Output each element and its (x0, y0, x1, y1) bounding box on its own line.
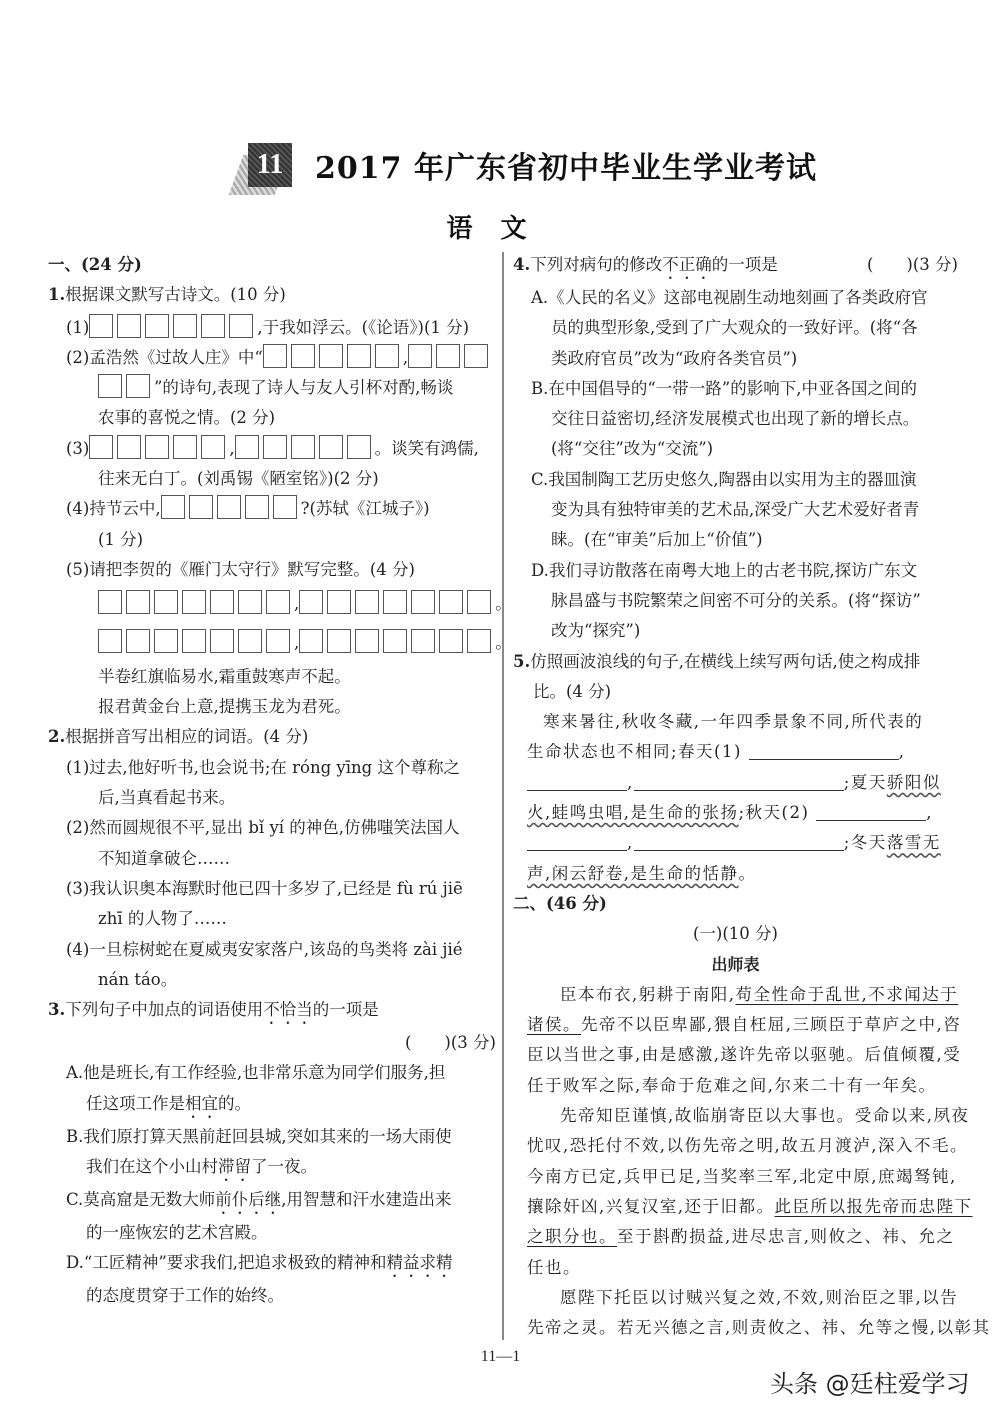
q2-item: (2)然而圆规很不平,显出 bǐ yí 的神色,仿佛嗤笑法国人 不知道拿破仑…… (48, 813, 496, 874)
answer-box[interactable] (291, 435, 315, 459)
q3-option-d: D.“工匠精神”要求我们,把追求极致的精神和精益求精 (48, 1248, 496, 1281)
answer-box[interactable] (355, 590, 379, 614)
answer-box[interactable] (145, 314, 169, 338)
answer-boxes[interactable] (98, 373, 154, 403)
left-column: 一、(24 分) 1.根据课文默写古诗文。(10 分) (1),于我如浮云。(《… (48, 250, 496, 1312)
q3-option-b: B.我们原打算天黑前赶回县城,突如其来的一场大雨使 (48, 1122, 496, 1152)
question-1-prompt: 1.根据课文默写古诗文。(10 分) (48, 280, 496, 310)
answer-box[interactable] (189, 495, 213, 519)
answer-box[interactable] (217, 495, 241, 519)
answer-boxes[interactable] (98, 589, 294, 619)
answer-boxes[interactable] (299, 589, 495, 619)
q4-option-d: D.我们寻访散落在南粤大地上的古老书院,探访广东文 脉昌盛与书院繁荣之间密不可分… (513, 556, 958, 647)
right-column: 4.下列对病句的修改不正确的一项是( )(3 分) A.《人民的名义》这部电视剧… (513, 250, 958, 1343)
answer-boxes[interactable] (235, 434, 375, 464)
answer-box[interactable] (235, 435, 259, 459)
answer-box[interactable] (145, 435, 169, 459)
question-4-prompt: 4.下列对病句的修改不正确的一项是( )(3 分) (513, 250, 958, 283)
answer-box[interactable] (439, 629, 463, 653)
answer-box[interactable] (263, 344, 287, 368)
answer-box[interactable] (383, 590, 407, 614)
answer-box[interactable] (408, 344, 432, 368)
passage-title: 出师表 (513, 950, 958, 980)
q1-sub2-cont2: 农事的喜悦之情。(2 分) (48, 403, 496, 433)
answer-box[interactable] (201, 314, 225, 338)
q4-option-b: B.在中国倡导的“一带一路”的影响下,中亚各国之间的 交往日益密切,经济发展模式… (513, 374, 958, 465)
q2-items: (1)过去,他好听书,也会说书;在 róng yīng 这个尊称之 后,当真看起… (48, 753, 496, 995)
answer-box[interactable] (201, 435, 225, 459)
answer-box[interactable] (173, 314, 197, 338)
answer-boxes[interactable] (89, 313, 257, 343)
poem-line: 半卷红旗临易水,霜重鼓寒声不起。 (48, 662, 496, 692)
answer-slot[interactable]: ( )(3 分) (867, 250, 958, 280)
answer-box[interactable] (126, 374, 150, 398)
answer-box[interactable] (464, 344, 488, 368)
section-heading: 一、(24 分) (48, 250, 496, 280)
answer-slot[interactable]: ( )(3 分) (48, 1028, 496, 1058)
answer-blank[interactable] (527, 832, 627, 851)
subject-title: 语文 (0, 208, 1001, 245)
answer-boxes[interactable] (89, 434, 229, 464)
answer-box[interactable] (161, 495, 185, 519)
answer-box[interactable] (238, 590, 262, 614)
answer-box[interactable] (117, 314, 141, 338)
poem-line: 报君黄金台上意,提携玉龙为君死。 (48, 692, 496, 722)
answer-box[interactable] (89, 435, 113, 459)
answer-box[interactable] (327, 629, 351, 653)
q1-sub5-row2: ,。 (48, 628, 496, 658)
answer-box[interactable] (411, 590, 435, 614)
answer-box[interactable] (273, 495, 297, 519)
section-heading: 二、(46 分) (513, 889, 958, 919)
q1-sub4-cont: (1 分) (48, 525, 496, 555)
q5-passage: 寒来暑往,秋收冬藏,一年四季景象不同,所代表的 生命状态也不相同;春天(1) ,… (513, 707, 958, 889)
answer-box[interactable] (173, 435, 197, 459)
answer-boxes[interactable] (299, 628, 495, 658)
answer-box[interactable] (375, 344, 399, 368)
q2-item: (4)一旦棕树蛇在夏威夷安家落户,该岛的鸟类将 zài jié nán táo。 (48, 935, 496, 996)
question-2-prompt: 2.根据拼音写出相应的词语。(4 分) (48, 722, 496, 752)
answer-blank[interactable] (527, 772, 627, 791)
question-5-prompt: 5.仿照画波浪线的句子,在横线上续写两句话,使之构成排 (513, 647, 958, 677)
q2-item: (3)我认识奥本海默时他已四十多岁了,已经是 fù rú jiē zhī 的人物… (48, 874, 496, 935)
answer-box[interactable] (291, 344, 315, 368)
column-divider (502, 252, 504, 1340)
q4-option-c: C.我国制陶工艺历史悠久,陶器由以实用为主的器皿演 变为具有独特审美的艺术品,深… (513, 465, 958, 556)
answer-box[interactable] (467, 629, 491, 653)
answer-box[interactable] (319, 344, 343, 368)
passage-body: 臣本布衣,躬耕于南阳,苟全性命于乱世,不求闻达于 诸侯。先帝不以臣卑鄙,猥自枉屈… (513, 980, 958, 1344)
answer-box[interactable] (266, 590, 290, 614)
q2-item: (1)过去,他好听书,也会说书;在 róng yīng 这个尊称之 后,当真看起… (48, 753, 496, 814)
answer-box[interactable] (229, 314, 253, 338)
q1-sub1: (1),于我如浮云。(《论语》)(1 分) (48, 313, 496, 343)
q4-option-a: A.《人民的名义》这部电视剧生动地刻画了各类政府官 员的典型形象,受到了广大观众… (513, 283, 958, 374)
q1-sub2-cont: ”的诗句,表现了诗人与友人引杯对酌,畅谈 (48, 373, 496, 403)
answer-box[interactable] (154, 590, 178, 614)
answer-box[interactable] (439, 590, 463, 614)
answer-box[interactable] (436, 344, 460, 368)
chapter-badge: 11 (248, 143, 292, 187)
answer-box[interactable] (182, 590, 206, 614)
exam-header: 11 2017 年广东省初中毕业生学业考试 (230, 135, 790, 195)
answer-box[interactable] (89, 314, 113, 338)
answer-blank[interactable] (634, 772, 844, 791)
q1-sub4: (4)持节云中,?(苏轼《江城子》) (48, 494, 496, 524)
answer-box[interactable] (299, 629, 323, 653)
answer-box[interactable] (98, 629, 122, 653)
answer-box[interactable] (355, 629, 379, 653)
q1-sub3-cont: 往来无白丁。(刘禹锡《陋室铭》)(2 分) (48, 464, 496, 494)
q3-option-a: A.他是班长,有工作经验,也非常乐意为同学们服务,担 (48, 1058, 496, 1088)
answer-blank[interactable] (634, 832, 844, 851)
answer-box[interactable] (126, 590, 150, 614)
answer-box[interactable] (245, 495, 269, 519)
part-heading: (一)(10 分) (513, 919, 958, 949)
answer-boxes[interactable] (98, 628, 294, 658)
answer-box[interactable] (210, 629, 234, 653)
answer-boxes[interactable] (408, 343, 492, 373)
answer-box[interactable] (182, 629, 206, 653)
answer-box[interactable] (238, 629, 262, 653)
answer-blank[interactable] (816, 802, 926, 821)
answer-box[interactable] (347, 435, 371, 459)
page-title: 2017 年广东省初中毕业生学业考试 (315, 143, 817, 187)
answer-box[interactable] (126, 629, 150, 653)
q1-sub3: (3),。谈笑有鸿儒, (48, 434, 496, 464)
answer-box[interactable] (411, 629, 435, 653)
q1-sub5-row1: ,。 (48, 589, 496, 619)
question-3-prompt: 3.下列句子中加点的词语使用不恰当的一项是 (48, 995, 496, 1028)
answer-box[interactable] (327, 590, 351, 614)
answer-box[interactable] (266, 629, 290, 653)
q1-sub2: (2)孟浩然《过故人庄》中“, (48, 343, 496, 373)
answer-box[interactable] (347, 344, 371, 368)
q1-sub5: (5)请把李贺的《雁门太守行》默写完整。(4 分) (48, 555, 496, 585)
answer-box[interactable] (299, 590, 323, 614)
answer-box[interactable] (383, 629, 407, 653)
answer-box[interactable] (263, 435, 287, 459)
answer-box[interactable] (319, 435, 343, 459)
answer-box[interactable] (117, 435, 141, 459)
answer-blank[interactable] (749, 741, 899, 760)
answer-box[interactable] (467, 590, 491, 614)
q3-option-c: C.莫高窟是无数大师前仆后继,用智慧和汗水建造出来 (48, 1185, 496, 1218)
answer-boxes[interactable] (161, 494, 301, 524)
answer-box[interactable] (154, 629, 178, 653)
watermark: 头条 @廷柱爱学习 (770, 1364, 970, 1399)
answer-box[interactable] (98, 374, 122, 398)
answer-box[interactable] (210, 590, 234, 614)
answer-boxes[interactable] (263, 343, 403, 373)
answer-box[interactable] (98, 590, 122, 614)
